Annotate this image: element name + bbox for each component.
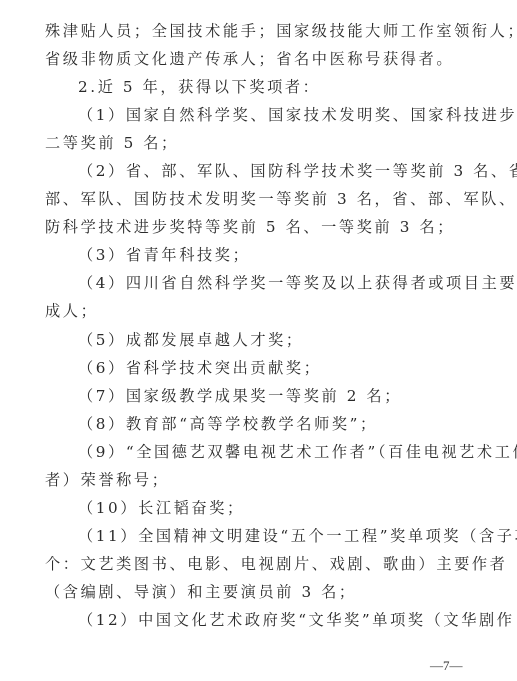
list-item-11: （11）全国精神文明建设“五个一工程”奖单项奖（含子项 5	[45, 522, 477, 550]
page-number: —7—	[430, 658, 463, 674]
list-item-4: （4）四川省自然科学奖一等奖及以上获得者或项目主要完	[45, 269, 477, 297]
text-line: 省级非物质文化遗产传承人；省名中医称号获得者。	[45, 45, 477, 73]
list-item-6: （6）省科学技术突出贡献奖；	[45, 354, 477, 382]
text-line: 殊津贴人员；全国技术能手；国家级技能大师工作室领衔人；	[45, 17, 477, 45]
list-item-11-cont: 个：文艺类图书、电影、电视剧片、戏剧、歌曲）主要作者	[45, 550, 477, 578]
list-item-4-cont: 成人；	[45, 297, 477, 325]
list-item-2-cont: 部、军队、国防技术发明奖一等奖前 3 名，省、部、军队、国	[45, 185, 477, 213]
list-item-10: （10）长江韬奋奖；	[45, 494, 477, 522]
list-item-1-cont: 二等奖前 5 名；	[45, 129, 477, 157]
list-item-3: （3）省青年科技奖；	[45, 241, 477, 269]
list-item-2: （2）省、部、军队、国防科学技术奖一等奖前 3 名、省、	[45, 157, 477, 185]
list-item-2-cont: 防科学技术进步奖特等奖前 5 名、一等奖前 3 名；	[45, 213, 477, 241]
list-item-7: （7）国家级教学成果奖一等奖前 2 名；	[45, 382, 477, 410]
list-item-8: （8）教育部“高等学校教学名师奖”；	[45, 410, 477, 438]
list-item-11-cont: （含编剧、导演）和主要演员前 3 名；	[45, 578, 477, 606]
list-item-1: （1）国家自然科学奖、国家技术发明奖、国家科技进步奖	[45, 101, 477, 129]
section-heading-awards: 2.近 5 年，获得以下奖项者：	[45, 73, 477, 101]
list-item-12: （12）中国文化艺术政府奖“文华奖”单项奖（文华剧作	[45, 606, 477, 634]
document-page: 殊津贴人员；全国技术能手；国家级技能大师工作室领衔人； 省级非物质文化遗产传承人…	[45, 17, 477, 634]
list-item-9: （9）“全国德艺双馨电视艺术工作者”（百佳电视艺术工作	[45, 438, 477, 466]
list-item-9-cont: 者）荣誉称号；	[45, 466, 477, 494]
list-item-5: （5）成都发展卓越人才奖；	[45, 326, 477, 354]
